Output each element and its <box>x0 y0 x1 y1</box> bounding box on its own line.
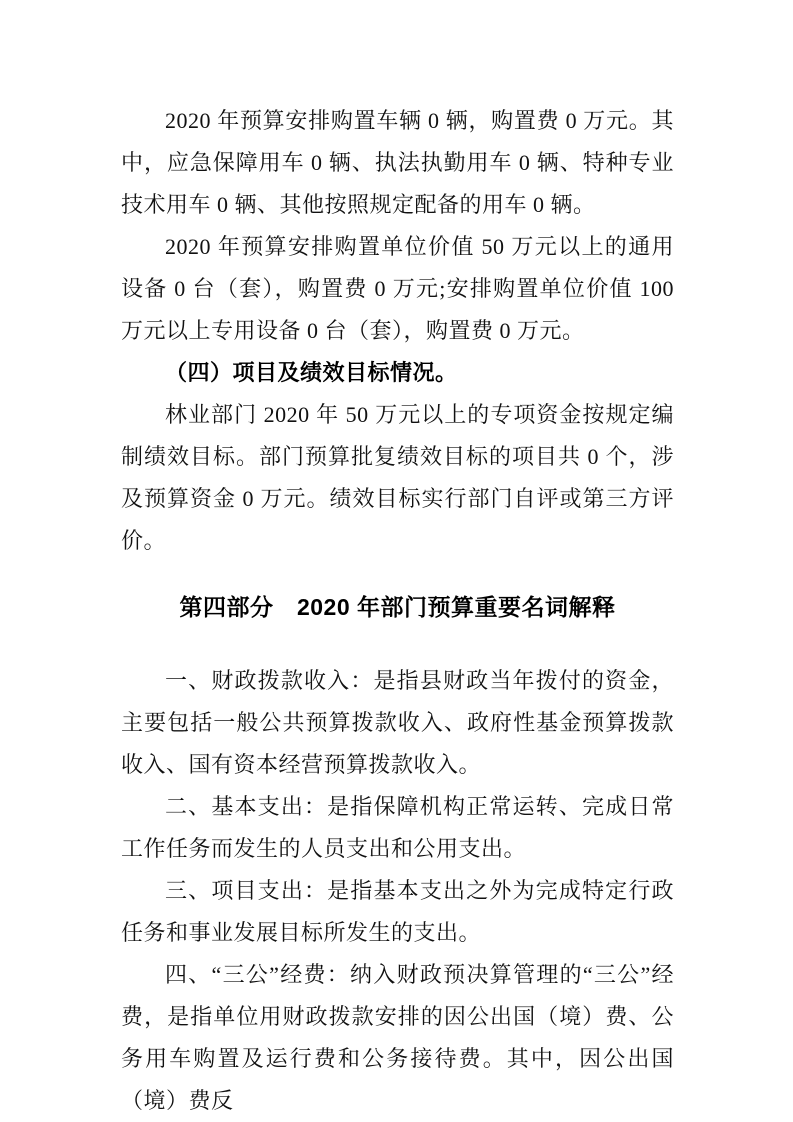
section-title-part-four: 第四部分 2020 年部门预算重要名词解释 <box>121 586 674 628</box>
paragraph-term-basic-expenditure: 二、基本支出：是指保障机构正常运转、完成日常工作任务而发生的人员支出和公用支出。 <box>121 786 674 870</box>
paragraph-performance-targets: 林业部门 2020 年 50 万元以上的专项资金按规定编制绩效目标。部门预算批复… <box>121 394 674 562</box>
paragraph-vehicle-purchase: 2020 年预算安排购置车辆 0 辆，购置费 0 万元。其中，应急保障用车 0 … <box>121 100 674 226</box>
document-page: 2020 年预算安排购置车辆 0 辆，购置费 0 万元。其中，应急保障用车 0 … <box>0 0 793 1122</box>
paragraph-equipment-purchase: 2020 年预算安排购置单位价值 50 万元以上的通用设备 0 台（套），购置费… <box>121 226 674 352</box>
subsection-heading-project-performance: （四）项目及绩效目标情况。 <box>121 352 674 394</box>
paragraph-term-three-public-funds: 四、“三公”经费：纳入财政预决算管理的“三公”经费，是指单位用财政拨款安排的因公… <box>121 954 674 1122</box>
paragraph-term-fiscal-appropriation-income: 一、财政拨款收入：是指县财政当年拨付的资金，主要包括一般公共预算拨款收入、政府性… <box>121 660 674 786</box>
paragraph-term-project-expenditure: 三、项目支出：是指基本支出之外为完成特定行政任务和事业发展目标所发生的支出。 <box>121 870 674 954</box>
